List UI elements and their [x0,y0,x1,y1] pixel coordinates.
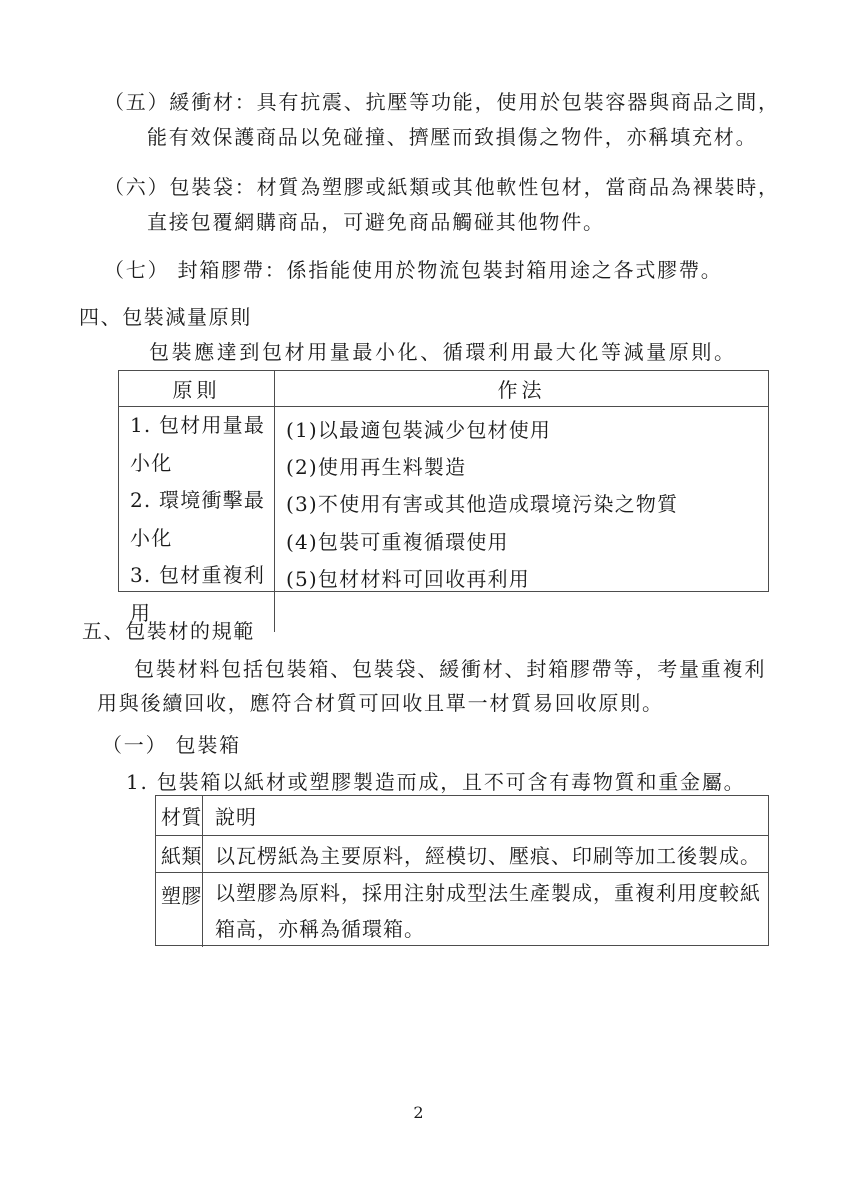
method-3: (3)不使用有害或其他造成環境污染之物質 [286,486,768,523]
table2-header-description: 說明 [203,796,768,836]
method-5: (5)包材材料可回收再利用 [286,561,768,598]
definition-item-5-line-1: （五）緩衝材：具有抗震、抗壓等功能，使用於包裝容器與商品之間， [104,91,780,113]
method-1: (1)以最適包裝減少包材使用 [286,412,768,449]
table2-row-paper-description: 以瓦楞紙為主要原料，經模切、壓痕、印刷等加工後製成。 [203,836,768,873]
box-material-table: 材質 說明 紙類 以瓦楞紙為主要原料，經模切、壓痕、印刷等加工後製成。 塑膠 以… [155,795,769,946]
definition-item-6-line-1: （六）包裝袋：材質為塑膠或紙類或其他軟性包材，當商品為裸裝時， [104,176,780,198]
definition-item-5-line-2: 能有效保護商品以免碰撞、擠壓而致損傷之物件，亦稱填充材。 [147,126,757,148]
method-4: (4)包裝可重複循環使用 [286,524,768,561]
table1-header-principle: 原則 [119,371,275,407]
document-page: （五）緩衝材：具有抗震、抗壓等功能，使用於包裝容器與商品之間， 能有效保護商品以… [0,0,849,1200]
packaging-reduction-table: 原則 作法 1. 包材用量最小化 2. 環境衝擊最小化 3. 包材重複利用 (1… [118,370,769,592]
table2-row-plastic-description: 以塑膠為原料，採用注射成型法生產製成，重複利用度較紙箱高，亦稱為循環箱。 [203,873,768,947]
table2-row-paper-material: 紙類 [156,836,203,873]
page-number: 2 [0,1103,837,1122]
section-4-heading: 四、包裝減量原則 [79,306,252,328]
section-5-sub-heading: （一） 包裝箱 [102,734,241,756]
principle-2: 2. 環境衝擊最小化 [130,482,274,557]
definition-item-6-line-2: 直接包覆網購商品，可避免商品觸碰其他物件。 [147,211,605,233]
section-5-intro-line-1: 包裝材料包括包裝箱、包裝袋、緩衝材、封箱膠帶等，考量重複利 [134,658,766,680]
method-2: (2)使用再生料製造 [286,449,768,486]
table1-header-method: 作法 [275,371,768,407]
table2-row-plastic-material: 塑膠 [156,873,203,947]
table1-methods-cell: (1)以最適包裝減少包材使用 (2)使用再生料製造 (3)不使用有害或其他造成環… [275,407,768,632]
definition-item-7-line-1: （七） 封箱膠帶：係指能使用於物流包裝封箱用途之各式膠帶。 [104,259,723,281]
section-5-item-1: 1. 包裝箱以紙材或塑膠製造而成，且不可含有毒物質和重金屬。 [126,771,745,793]
section-4-intro: 包裝應達到包材用量最小化、循環利用最大化等減量原則。 [149,341,737,363]
section-5-intro-line-2: 用與後續回收，應符合材質可回收且單一材質易回收原則。 [97,692,664,714]
table2-header-material: 材質 [156,796,203,836]
section-5-heading: 五、包裝材的規範 [82,620,255,642]
principle-1: 1. 包材用量最小化 [130,407,274,482]
table1-principles-cell: 1. 包材用量最小化 2. 環境衝擊最小化 3. 包材重複利用 [119,407,275,632]
